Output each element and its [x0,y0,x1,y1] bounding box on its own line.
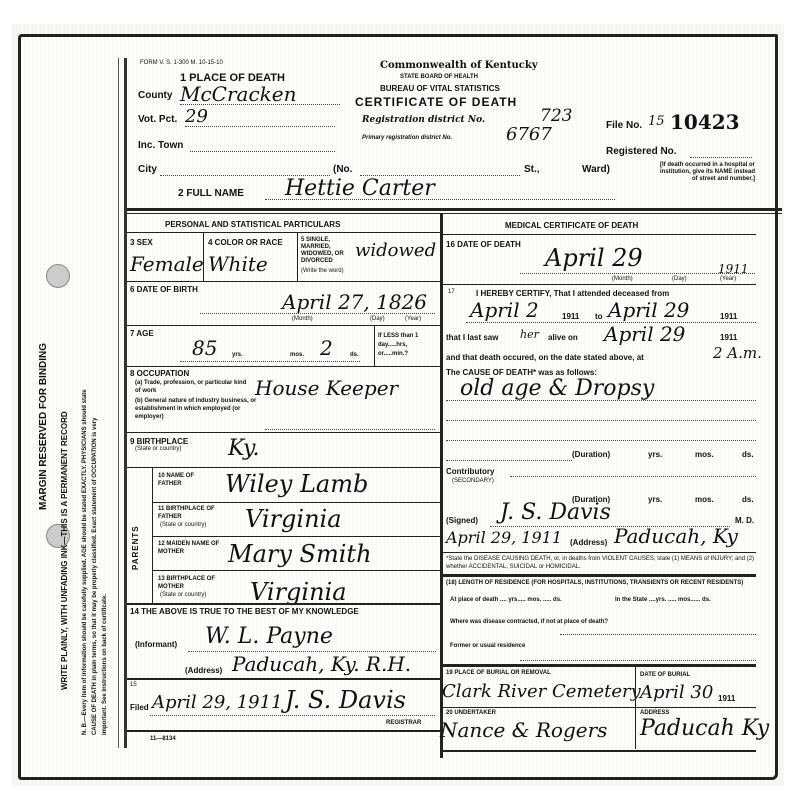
rule [203,233,204,281]
color-label: 4 COLOR OR RACE [208,238,283,247]
parents-side-label: PARENTS [131,525,140,570]
physician-signature: J. S. Davis [500,500,611,525]
dob-label: 6 DATE OF BIRTH [130,285,198,294]
full-name-label: 2 FULL NAME [178,188,244,199]
center-divider [440,213,443,758]
vot-pct-label: Vot. Pct. [138,114,177,125]
less-than-day-box: If LESS than 1 day.....hrs, or.....min.? [378,332,438,359]
age-days: 2 [320,336,333,360]
rule [374,326,375,366]
informant-value: W. L. Payne [205,624,333,649]
duration-line [446,460,572,461]
birthplace-label: 9 BIRTHPLACE [130,437,188,446]
registrar-signature: J. S. Davis [285,686,406,714]
attended-from-year: 1911 [562,312,579,321]
marital-hint: (Write the word) [301,268,344,274]
contracted-line [560,634,756,635]
dob-line [200,313,435,314]
signed-label: (Signed) [446,516,478,525]
street-label: St., [524,164,540,175]
rule [127,467,440,468]
registered-no-line [690,157,752,158]
sex-value: Female [130,252,204,276]
rule [127,678,440,680]
rule [127,325,440,326]
ds-label: ds. [350,352,359,358]
hospital-note: [If death occurred in a hospital or inst… [660,162,755,183]
yrs-label: yrs. [232,352,243,358]
state-board-text: STATE BOARD OF HEALTH [400,74,478,80]
age-line [180,361,360,362]
duration-yrs: yrs. [648,450,662,459]
primary-district-label: Primary registration district No. [362,135,452,141]
birthplace-value: Ky. [228,436,260,461]
burial-date-value: April 30 [640,682,713,703]
ward-label: Ward) [582,164,610,175]
full-name-line [265,199,615,200]
rule [443,574,756,577]
inc-town-label: Inc. Town [138,140,183,151]
duration2-ds: ds. [742,495,754,504]
registrar-label: REGISTRAR [386,720,421,726]
father-name-label: 10 NAME OF FATHER [158,472,213,488]
rule [443,284,756,285]
burial-date-year: 1911 [718,694,735,703]
dod-day-label: (Day) [672,276,687,282]
registered-no-label: Registered No. [606,146,677,157]
attended-from-value: April 2 [470,298,539,322]
former-residence-line [520,660,756,661]
dod-line [520,273,755,274]
rule [127,232,440,233]
mos-label: mos. [290,352,304,358]
filed-value: April 29, 1911 [152,692,283,713]
margin-reserved-text: MARGIN RESERVED FOR BINDING [38,343,49,510]
birthplace-hint: (State or country) [135,446,181,452]
note-line-2: CAUSE OF DEATH in plain terms, so that i… [92,418,98,735]
cause-line-3 [446,440,756,441]
informant-statement: 14 THE ABOVE IS TRUE TO THE BEST OF MY K… [130,607,359,616]
cause-line-2 [446,420,756,421]
burial-place-value: Clark River Cemetery [442,681,641,702]
contracted-label: Where was disease contracted, if not at … [450,618,650,627]
color-value: White [208,252,268,276]
form-number: FORM V. S. 1-300 M. 10-15-10 [140,60,223,66]
rule [297,233,298,281]
rule [443,664,756,667]
mother-birthplace-hint: (State or country) [160,592,206,598]
commonwealth-title: Commonwealth of Kentucky [380,60,538,71]
occupation-a-label: (a) Trade, profession, or particular kin… [135,379,250,395]
occupation-label: 8 OCCUPATION [130,369,189,378]
vot-pct-line [185,126,335,127]
physician-address-label: (Address) [570,538,607,547]
write-plainly-text: WRITE PLAINLY, WITH UNFADING INK—THIS IS… [60,411,69,690]
reg-district-value: 723 [540,106,572,126]
attended-to-value: April 29 [608,298,689,322]
filed-line [150,715,435,716]
bureau-text: BUREAU OF VITAL STATISTICS [380,84,500,93]
mother-birthplace-label: 13 BIRTHPLACE OF MOTHER [158,575,218,591]
signed-date: April 29, 1911 [446,528,562,547]
to-label: to [595,312,603,321]
rule [443,750,756,752]
rule [127,281,440,282]
county-line [180,104,340,105]
certificate-title: CERTIFICATE OF DEATH [355,95,517,109]
contributory-label: Contributory [446,467,494,476]
occupation-b-label: (b) General nature of industry business,… [135,397,265,421]
file-no-prefix: 15 [648,114,665,129]
dod-month-label: (Month) [612,276,633,282]
attended-to-year: 1911 [720,312,737,321]
former-residence-label: Former or usual residence [450,642,530,651]
alive-on-year: 1911 [720,333,737,342]
reg-district-label: Registration district No. [362,115,485,125]
note-line-1: N. B.—Every item of information should b… [82,389,88,735]
vot-pct-value: 29 [185,106,208,127]
file-no-label: File No. [606,120,642,131]
rule [127,603,440,605]
personal-section-title: PERSONAL AND STATISTICAL PARTICULARS [165,220,340,229]
age-label: 7 AGE [130,329,154,338]
age-years: 85 [192,336,217,360]
inc-town-line [190,151,335,152]
undertaker-address-value: Paducah Ky [640,716,769,741]
cause-value: old age & Dropsy [460,376,654,401]
rule [153,502,440,503]
rule [635,667,636,749]
burial-place-label: 19 PLACE OF BURIAL OR REMOVAL [446,670,551,676]
certify-text: I HEREBY CERTIFY, That I attended deceas… [476,289,669,298]
rule [127,366,440,367]
contributory-line [510,476,756,477]
rule [153,536,440,537]
mother-birthplace-value: Virginia [250,578,347,606]
rule [153,570,440,571]
duration2-mos: mos. [695,495,714,504]
cause-footnote: *State the DISEASE CAUSING DEATH, or, in… [446,555,756,571]
dod-value: April 29 [545,244,643,272]
father-birthplace-label: 11 BIRTHPLACE OF FATHER [158,505,218,521]
note-line-3: important. See instructions on back of c… [102,594,108,735]
county-value: McCracken [180,82,297,106]
cause-line-1 [446,400,756,401]
death-occurred-text: and that death occured, on the date stat… [446,353,644,362]
at-place-label: At place of death .... yrs..... mos. ...… [450,596,580,605]
last-saw-text: that I last saw [446,333,498,342]
rule [443,552,756,553]
dob-day-label: (Day) [370,316,385,322]
primary-district-value: 6767 [506,124,552,145]
mother-name-label: 12 MAIDEN NAME OF MOTHER [158,540,228,556]
dob-month-label: (Month) [292,316,313,322]
death-time: 2 A.m. [713,344,762,362]
alive-on-value: April 29 [604,322,685,346]
rule [443,234,756,235]
undertaker-value: Nance & Rogers [440,718,607,742]
city-label: City [138,164,157,175]
informant-address-label: (Address) [185,666,222,675]
rule [127,432,440,433]
dob-year-label: (Year) [405,316,421,322]
margin-rule [118,58,119,748]
medical-section-title: MEDICAL CERTIFICATE OF DEATH [505,221,638,230]
secondary-label: (SECONDARY) [452,478,494,484]
binding-hole-icon [46,264,70,288]
residence-label: (18) LENGTH OF RESIDENCE (FOR HOSPITALS,… [446,579,756,587]
dod-year-label: (Year) [720,276,736,282]
father-birthplace-value: Virginia [245,505,342,533]
informant-address-value: Paducah, Ky. R.H. [232,652,411,676]
filed-num: 15 [130,682,137,688]
alive-on-label: alive on [548,333,578,342]
full-name-value: Hettie Carter [285,176,435,201]
county-label: County [138,90,172,101]
burial-date-label: DATE OF BURIAL [640,672,690,678]
physician-address-value: Paducah, Ky [614,524,738,548]
street-no-label: (No. [333,164,352,175]
father-name-value: Wiley Lamb [225,470,368,498]
form-code: 11—8134 [150,736,176,742]
marital-label: 5 SINGLE, MARRIED, WIDOWED, OR DIVORCED [301,237,356,265]
mother-name-value: Mary Smith [228,540,372,568]
occupation-b-line [265,429,435,430]
sex-label: 3 SEX [130,238,153,247]
marital-value: widowed [355,240,436,261]
duration-ds: ds. [742,450,754,459]
father-birthplace-hint: (State or country) [160,522,206,528]
header-rule [127,208,782,211]
in-state-label: In the State ....yrs. ..... mos...... ds… [615,596,755,605]
duration-mos: mos. [695,450,714,459]
certify-num: 17 [448,289,455,295]
dod-label: 16 DATE OF DEATH [446,240,521,249]
undertaker-label: 20 UNDERTAKER [446,710,496,716]
informant-label: (Informant) [135,640,177,649]
rule [127,730,440,732]
file-no-value: 10423 [670,110,740,134]
duration-label: (Duration) [572,450,610,459]
margin-rule-thick [124,58,127,748]
filed-label: Filed [130,703,149,712]
rule [443,707,756,708]
header-rule-thin [127,213,782,214]
dob-value: April 27, 1826 [282,290,427,314]
duration2-yrs: yrs. [648,495,662,504]
last-saw-pronoun: her [520,328,539,341]
occupation-value: House Keeper [255,376,398,400]
